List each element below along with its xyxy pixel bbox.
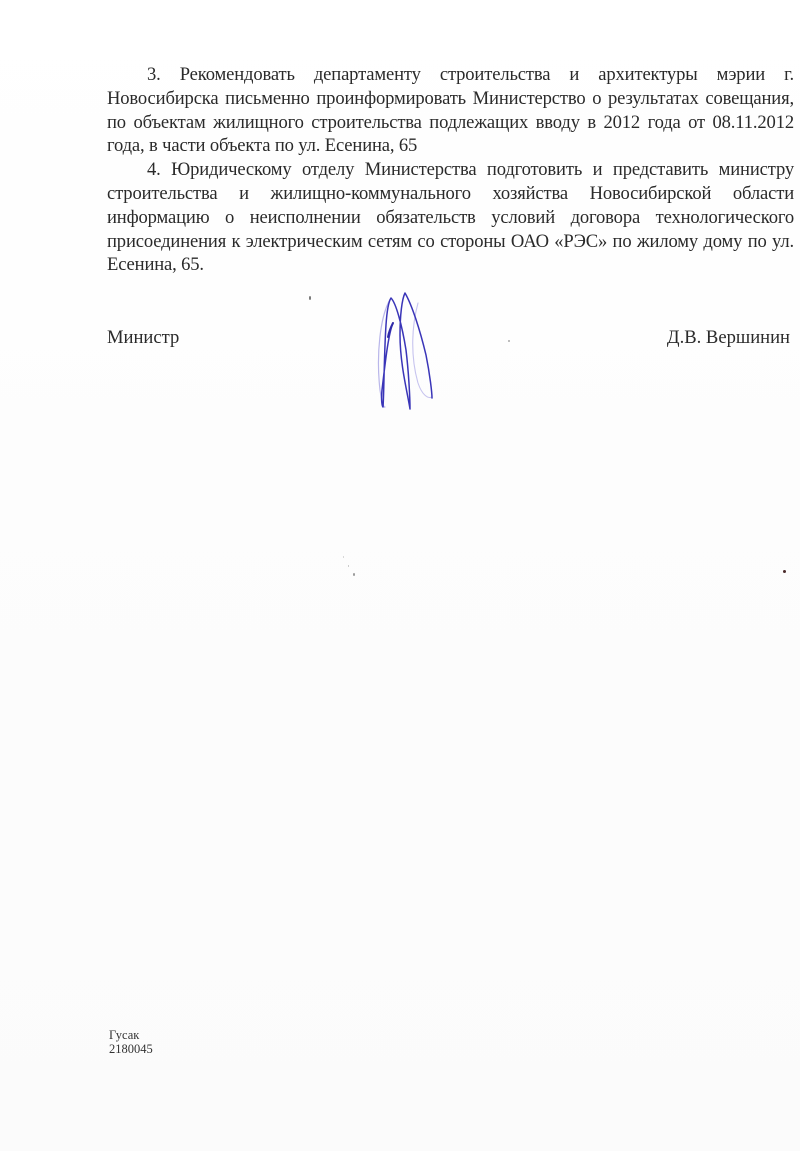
signatory-name: Д.В. Вершинин [667,326,790,350]
document-page: 3. Рекомендовать департаменту строительс… [0,0,800,1151]
signatory-title: Министр [107,326,179,350]
scan-speck [508,340,510,342]
scan-speck [348,565,349,567]
handwritten-signature-icon [360,285,460,415]
scan-speck [353,573,355,576]
document-body: 3. Рекомендовать департаменту строительс… [107,63,794,277]
scan-speck [783,570,786,573]
executor-phone: 2180045 [109,1042,153,1056]
executor-note: Гусак 2180045 [109,1028,153,1056]
executor-name: Гусак [109,1028,153,1042]
paragraph-4: 4. Юридическому отделу Министерства подг… [107,158,794,277]
scan-speck [343,556,344,558]
scan-speck [309,296,311,300]
paragraph-3: 3. Рекомендовать департаменту строительс… [107,63,794,158]
